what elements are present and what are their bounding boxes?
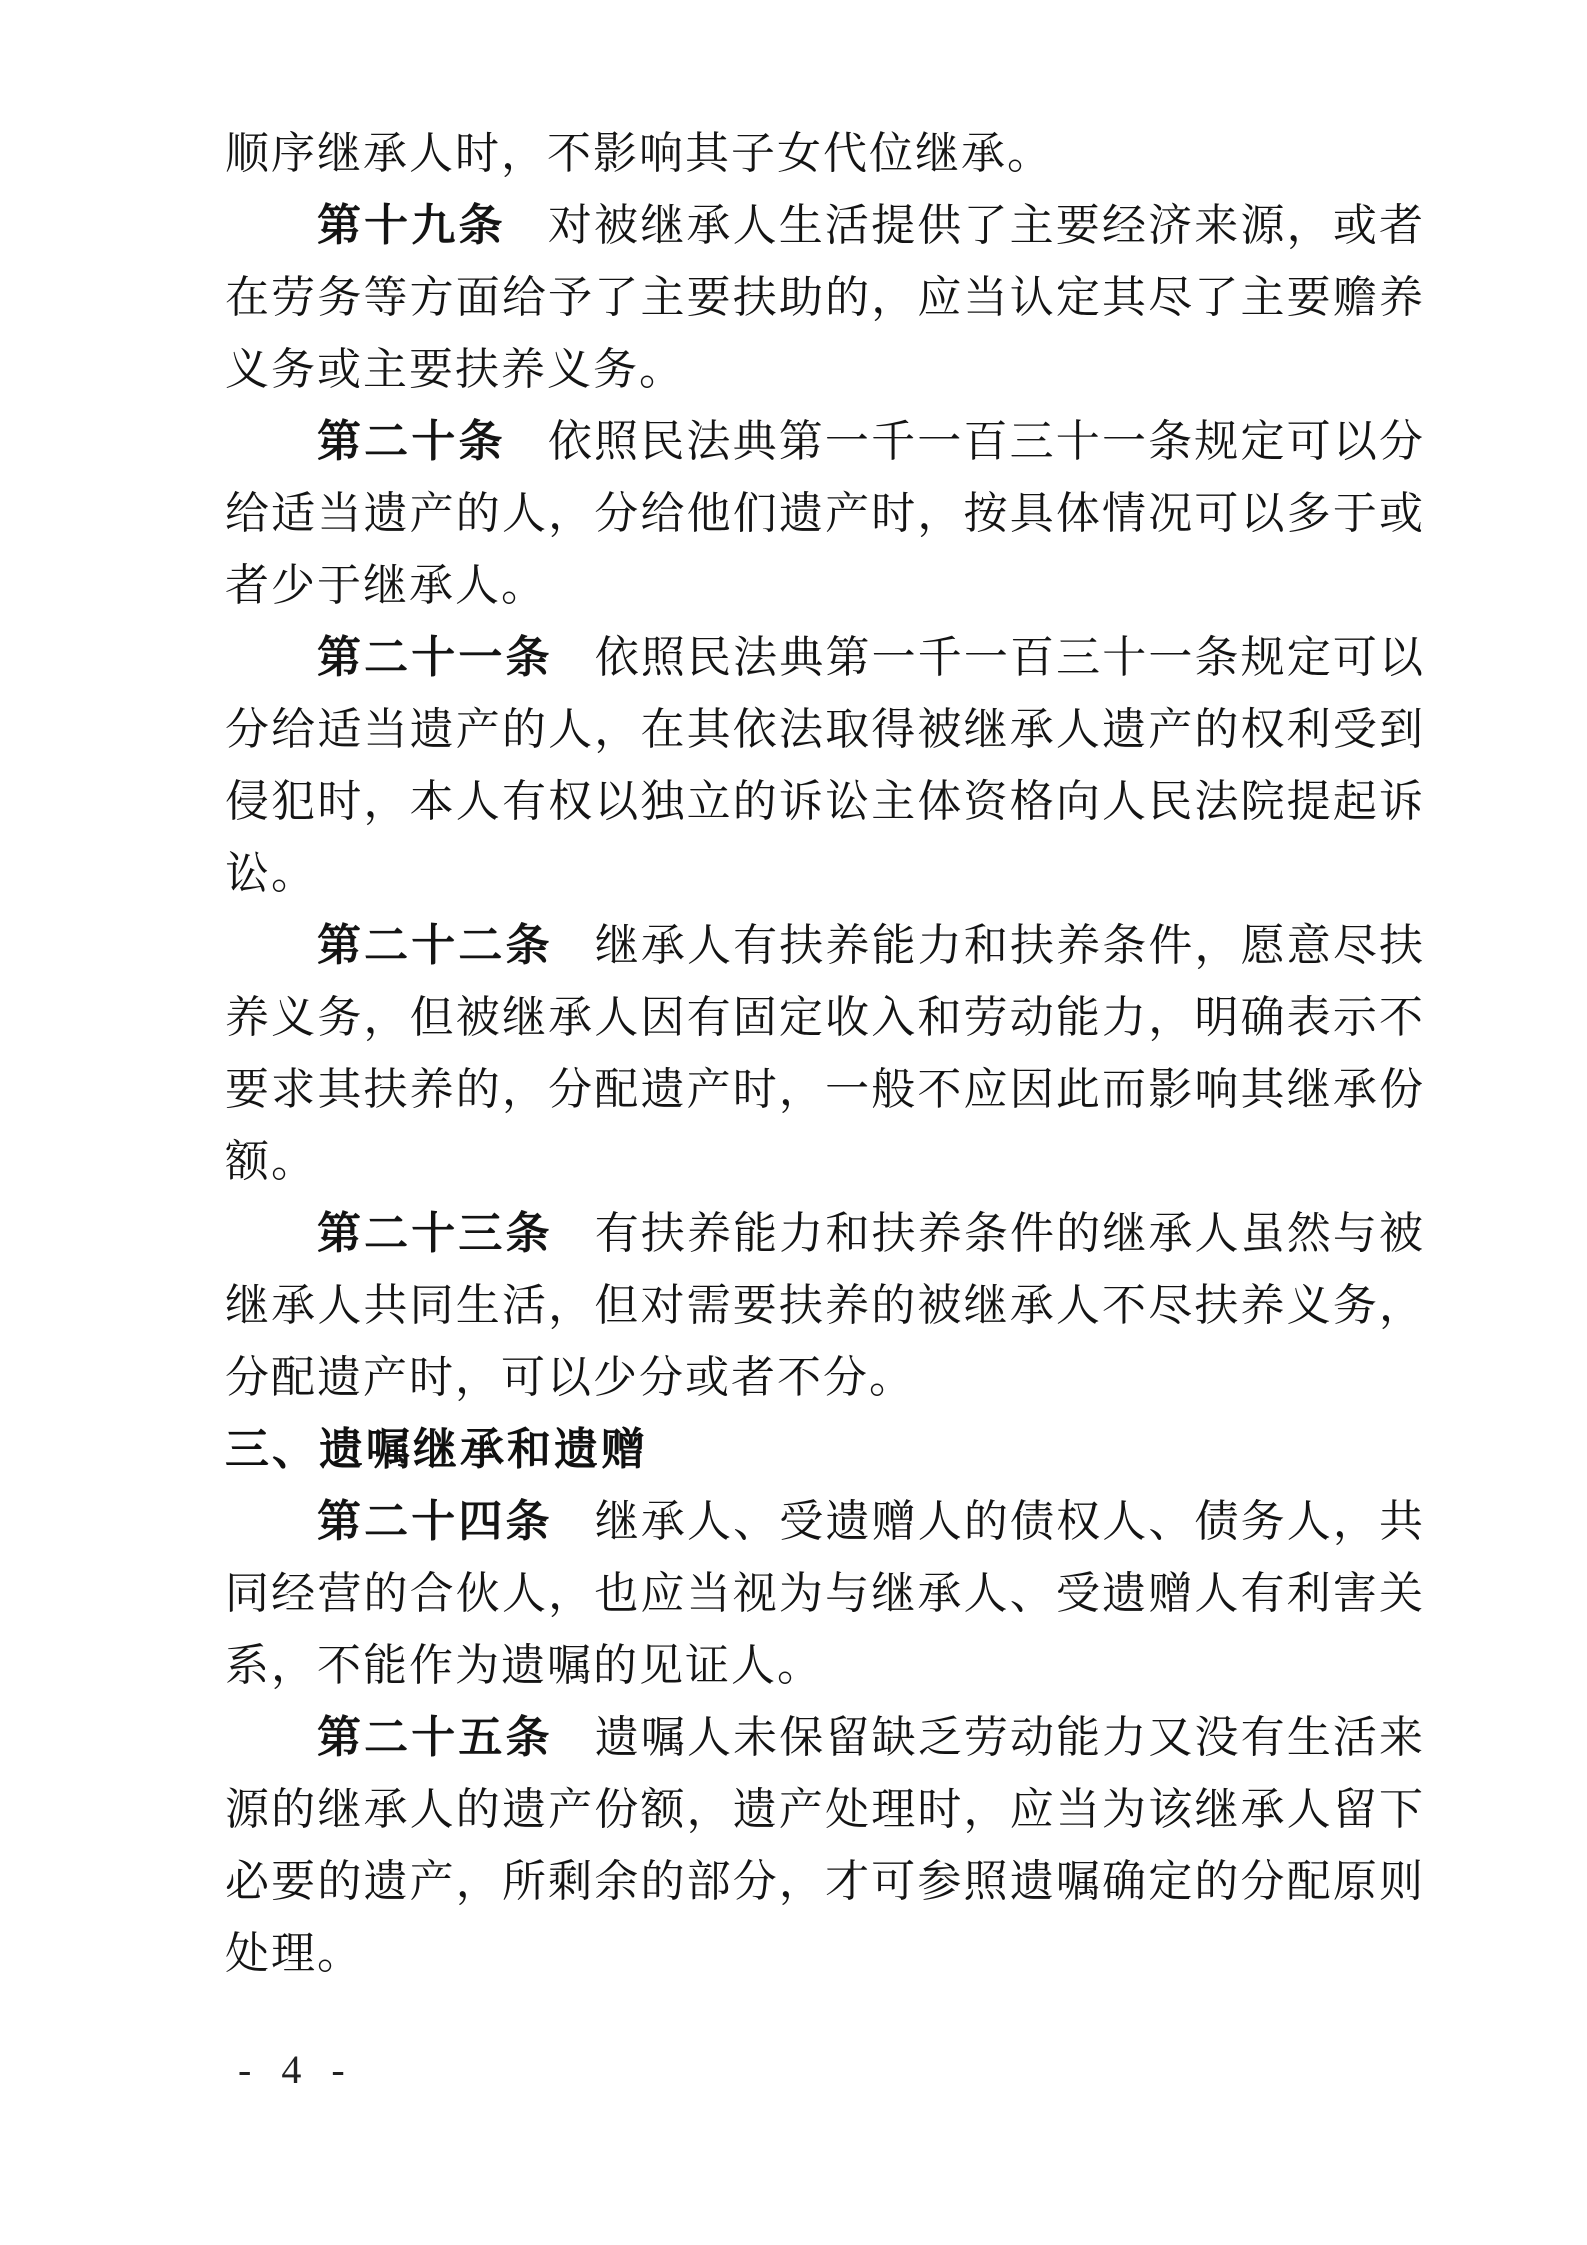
- article-paragraph-25: 第二十五条遗嘱人未保留缺乏劳动能力又没有生活来源的继承人的遗产份额，遗产处理时，…: [225, 1702, 1425, 1990]
- article-number-label: 第二十一条: [317, 633, 553, 682]
- article-paragraph-21: 第二十一条依照民法典第一千一百三十一条规定可以分给适当遗产的人，在其依法取得被继…: [225, 622, 1425, 910]
- article-number-label: 第二十五条: [317, 1713, 553, 1762]
- document-body: 顺序继承人时，不影响其子女代位继承。 第十九条对被继承人生活提供了主要经济来源，…: [225, 118, 1425, 1990]
- article-number-label: 第二十二条: [317, 921, 553, 970]
- section-heading-testamentary-succession: 三、遗嘱继承和遗赠: [225, 1414, 1425, 1486]
- article-paragraph-24: 第二十四条继承人、受遗赠人的债权人、债务人，共同经营的合伙人，也应当视为与继承人…: [225, 1486, 1425, 1702]
- article-paragraph-22: 第二十二条继承人有扶养能力和扶养条件，愿意尽扶养义务，但被继承人因有固定收入和劳…: [225, 910, 1425, 1198]
- article-number-label: 第二十四条: [317, 1497, 553, 1546]
- article-paragraph-19: 第十九条对被继承人生活提供了主要经济来源，或者在劳务等方面给予了主要扶助的，应当…: [225, 190, 1425, 406]
- article-paragraph-20: 第二十条依照民法典第一千一百三十一条规定可以分给适当遗产的人，分给他们遗产时，按…: [225, 406, 1425, 622]
- paragraph-continuation: 顺序继承人时，不影响其子女代位继承。: [225, 118, 1425, 190]
- page-number: - 4 -: [238, 2046, 355, 2093]
- article-number-label: 第二十条: [317, 417, 506, 466]
- article-number-label: 第十九条: [317, 201, 506, 250]
- article-number-label: 第二十三条: [317, 1209, 553, 1258]
- document-page: 顺序继承人时，不影响其子女代位继承。 第十九条对被继承人生活提供了主要经济来源，…: [0, 0, 1587, 2245]
- article-paragraph-23: 第二十三条有扶养能力和扶养条件的继承人虽然与被继承人共同生活，但对需要扶养的被继…: [225, 1198, 1425, 1414]
